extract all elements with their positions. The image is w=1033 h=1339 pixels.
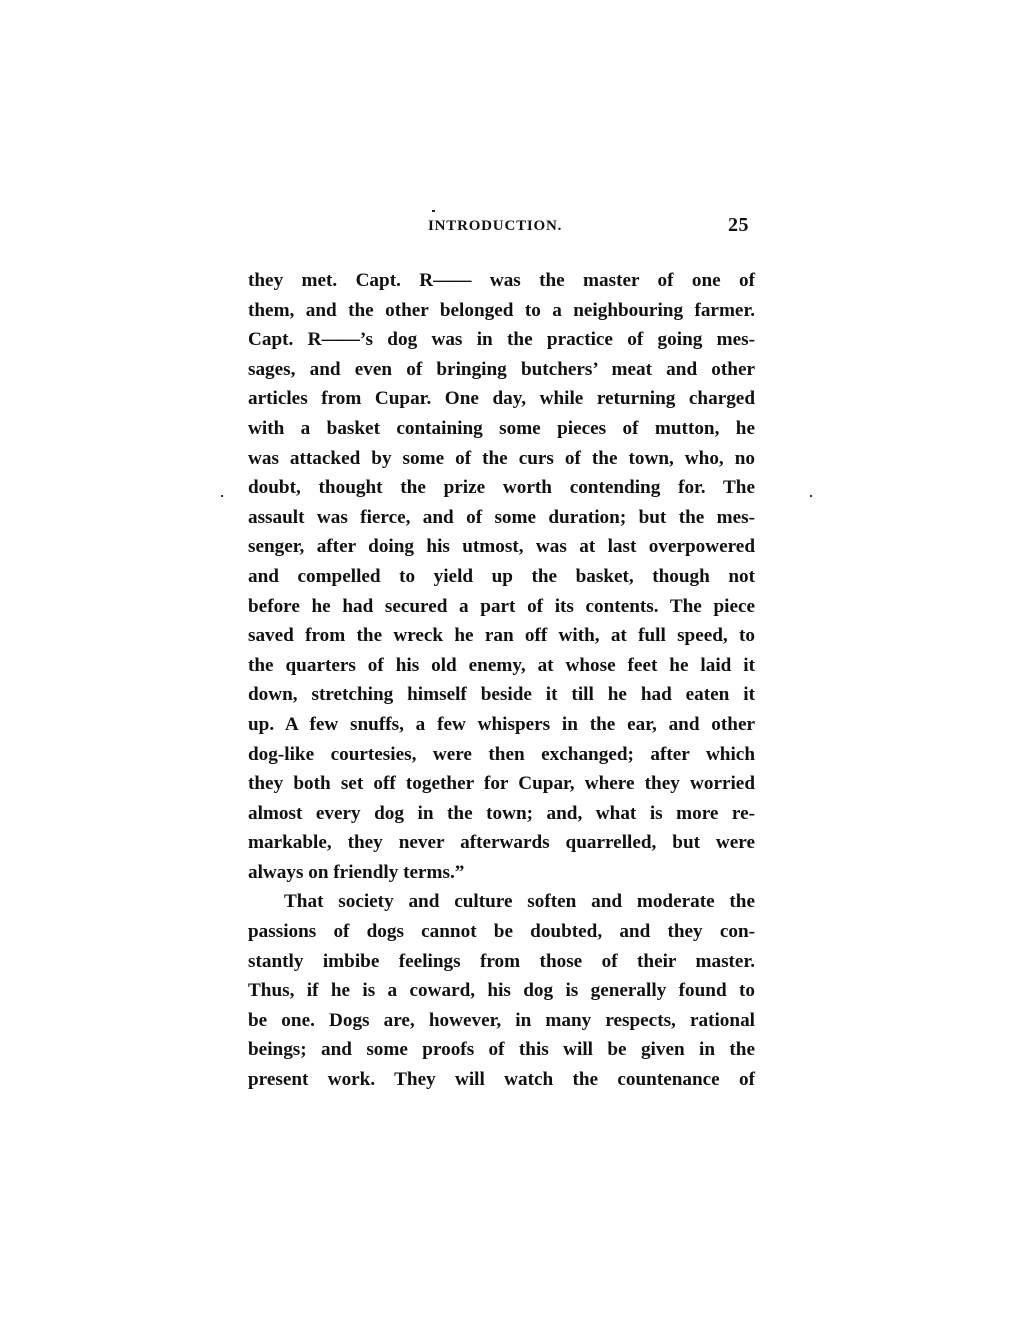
text-line: and compelled to yield up the basket, th… (248, 562, 755, 592)
text-line: present work. They will watch the counte… (248, 1065, 755, 1095)
paragraph-2: That society and culture soften and mode… (248, 887, 755, 1094)
text-line: up. A few snuffs, a few whispers in the … (248, 710, 755, 740)
body-text: they met. Capt. R—— was the master of on… (248, 266, 755, 1095)
text-line: doubt, thought the prize worth contendin… (248, 473, 755, 503)
text-line: passions of dogs cannot be doubted, and … (248, 917, 755, 947)
text-line: with a basket containing some pieces of … (248, 414, 755, 444)
text-line: assault was fierce, and of some duration… (248, 503, 755, 533)
text-line: beings; and some proofs of this will be … (248, 1035, 755, 1065)
text-line: be one. Dogs are, however, in many respe… (248, 1006, 755, 1036)
text-line: senger, after doing his utmost, was at l… (248, 532, 755, 562)
text-line: was attacked by some of the curs of the … (248, 444, 755, 474)
text-line: markable, they never afterwards quarrell… (248, 828, 755, 858)
scan-speck (810, 495, 812, 497)
text-line: the quarters of his old enemy, at whose … (248, 651, 755, 681)
ink-mark (432, 210, 435, 212)
text-line: dog-like courtesies, were then exchanged… (248, 740, 755, 770)
text-line: always on friendly terms.” (248, 858, 755, 888)
text-line: saved from the wreck he ran off with, at… (248, 621, 755, 651)
text-line: Capt. R——’s dog was in the practice of g… (248, 325, 755, 355)
text-line: Thus, if he is a coward, his dog is gene… (248, 976, 755, 1006)
text-line: down, stretching himself beside it till … (248, 680, 755, 710)
text-line: sages, and even of bringing butchers’ me… (248, 355, 755, 385)
text-line: That society and culture soften and mode… (248, 887, 755, 917)
text-line: almost every dog in the town; and, what … (248, 799, 755, 829)
text-line: they both set off together for Cupar, wh… (248, 769, 755, 799)
text-line: they met. Capt. R—— was the master of on… (248, 266, 755, 296)
text-line: them, and the other belonged to a neighb… (248, 296, 755, 326)
running-head: INTRODUCTION. 25 (248, 212, 755, 246)
text-line: before he had secured a part of its cont… (248, 592, 755, 622)
chapter-title: INTRODUCTION. (428, 218, 562, 235)
text-line: stantly imbibe feelings from those of th… (248, 947, 755, 977)
text-line: articles from Cupar. One day, while retu… (248, 384, 755, 414)
page-number: 25 (728, 214, 749, 237)
scan-speck (221, 495, 223, 497)
book-page: INTRODUCTION. 25 they met. Capt. R—— was… (248, 212, 755, 1095)
paragraph-1: they met. Capt. R—— was the master of on… (248, 266, 755, 887)
